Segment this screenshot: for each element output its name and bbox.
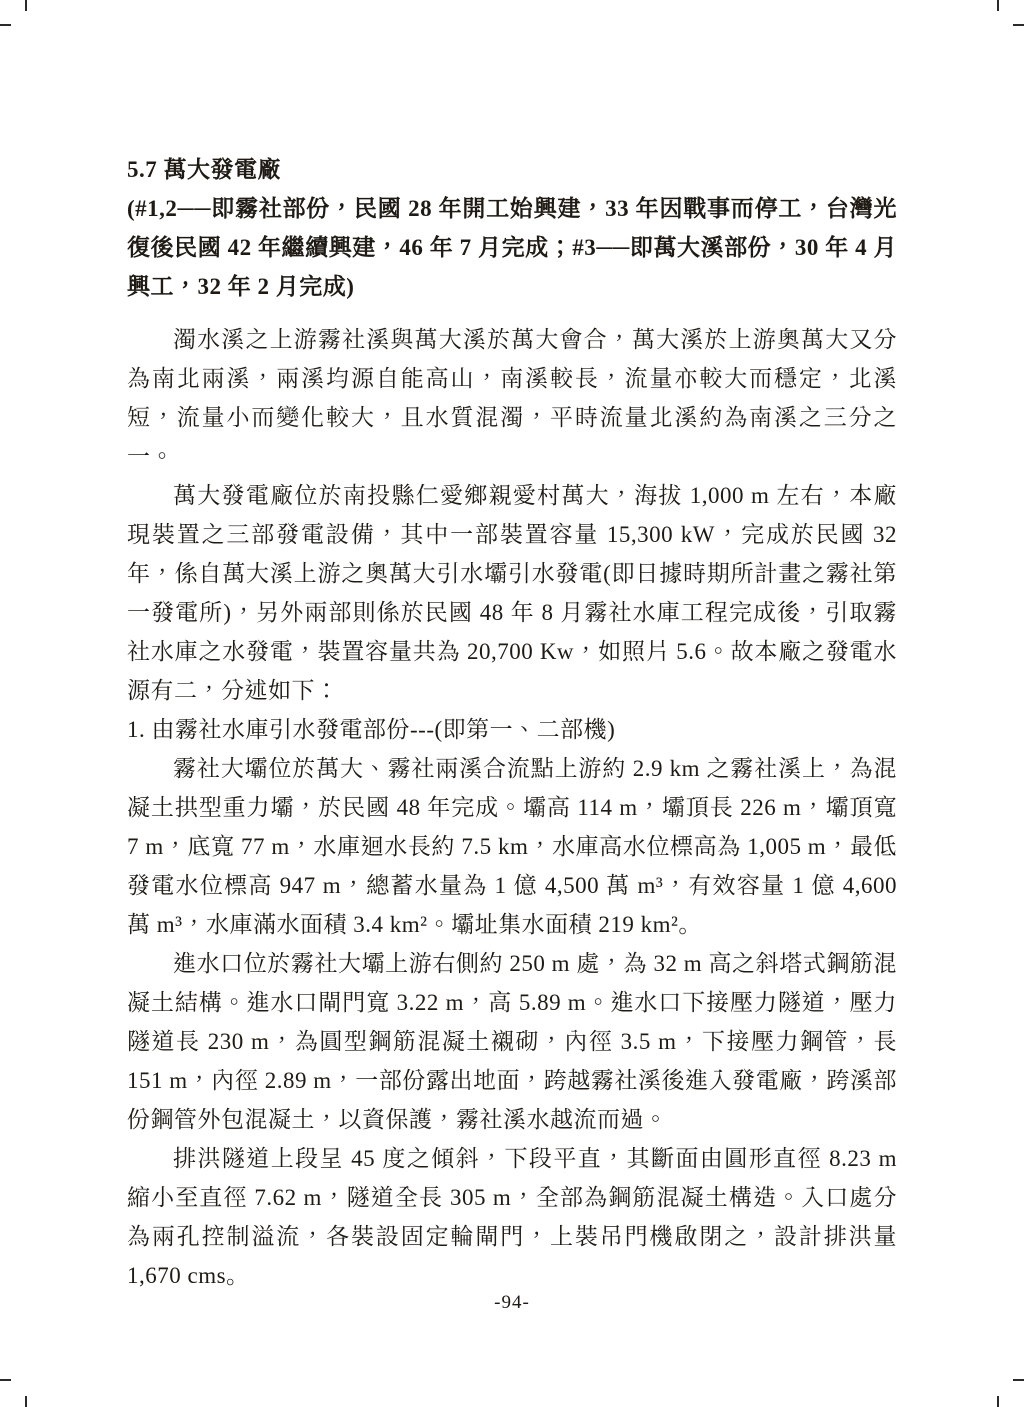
paragraph-wushe-dam: 霧社大壩位於萬大、霧社兩溪合流點上游約 2.9 km 之霧社溪上，為混凝土拱型重… xyxy=(127,749,897,944)
page-content: 5.7 萬大發電廠 (#1,2──即霧社部份，民國 28 年開工始興建，33 年… xyxy=(127,150,897,1295)
paragraph-spillway-tunnel: 排洪隧道上段呈 45 度之傾斜，下段平直，其斷面由圓形直徑 8.23 m 縮小至… xyxy=(127,1139,897,1295)
crop-mark-top-left-vertical xyxy=(25,0,27,11)
crop-mark-bottom-right-vertical xyxy=(997,1396,999,1407)
paragraph-intake: 進水口位於霧社大壩上游右側約 250 m 處，為 32 m 高之斜塔式鋼筋混凝土… xyxy=(127,944,897,1139)
crop-mark-top-right-horizontal xyxy=(1013,24,1024,26)
crop-mark-bottom-right-horizontal xyxy=(1013,1379,1024,1381)
section-heading: 5.7 萬大發電廠 xyxy=(127,150,897,189)
crop-mark-bottom-left-vertical xyxy=(25,1396,27,1407)
crop-mark-bottom-left-horizontal xyxy=(0,1379,11,1381)
construction-history-note: (#1,2──即霧社部份，民國 28 年開工始興建，33 年因戰事而停工，台灣光… xyxy=(127,189,897,306)
paragraph-plant-overview: 萬大發電廠位於南投縣仁愛鄉親愛村萬大，海拔 1,000 m 左右，本廠現裝置之三… xyxy=(127,476,897,710)
page-number: -94- xyxy=(0,1292,1024,1314)
list-item-source-1: 1. 由霧社水庫引水發電部份---(即第一、二部機) xyxy=(127,710,897,749)
crop-mark-top-left-horizontal xyxy=(0,24,11,26)
crop-mark-top-right-vertical xyxy=(997,0,999,11)
scanned-document-page: 5.7 萬大發電廠 (#1,2──即霧社部份，民國 28 年開工始興建，33 年… xyxy=(0,0,1024,1407)
paragraph-rivers: 濁水溪之上游霧社溪與萬大溪於萬大會合，萬大溪於上游奧萬大又分為南北兩溪，兩溪均源… xyxy=(127,320,897,476)
